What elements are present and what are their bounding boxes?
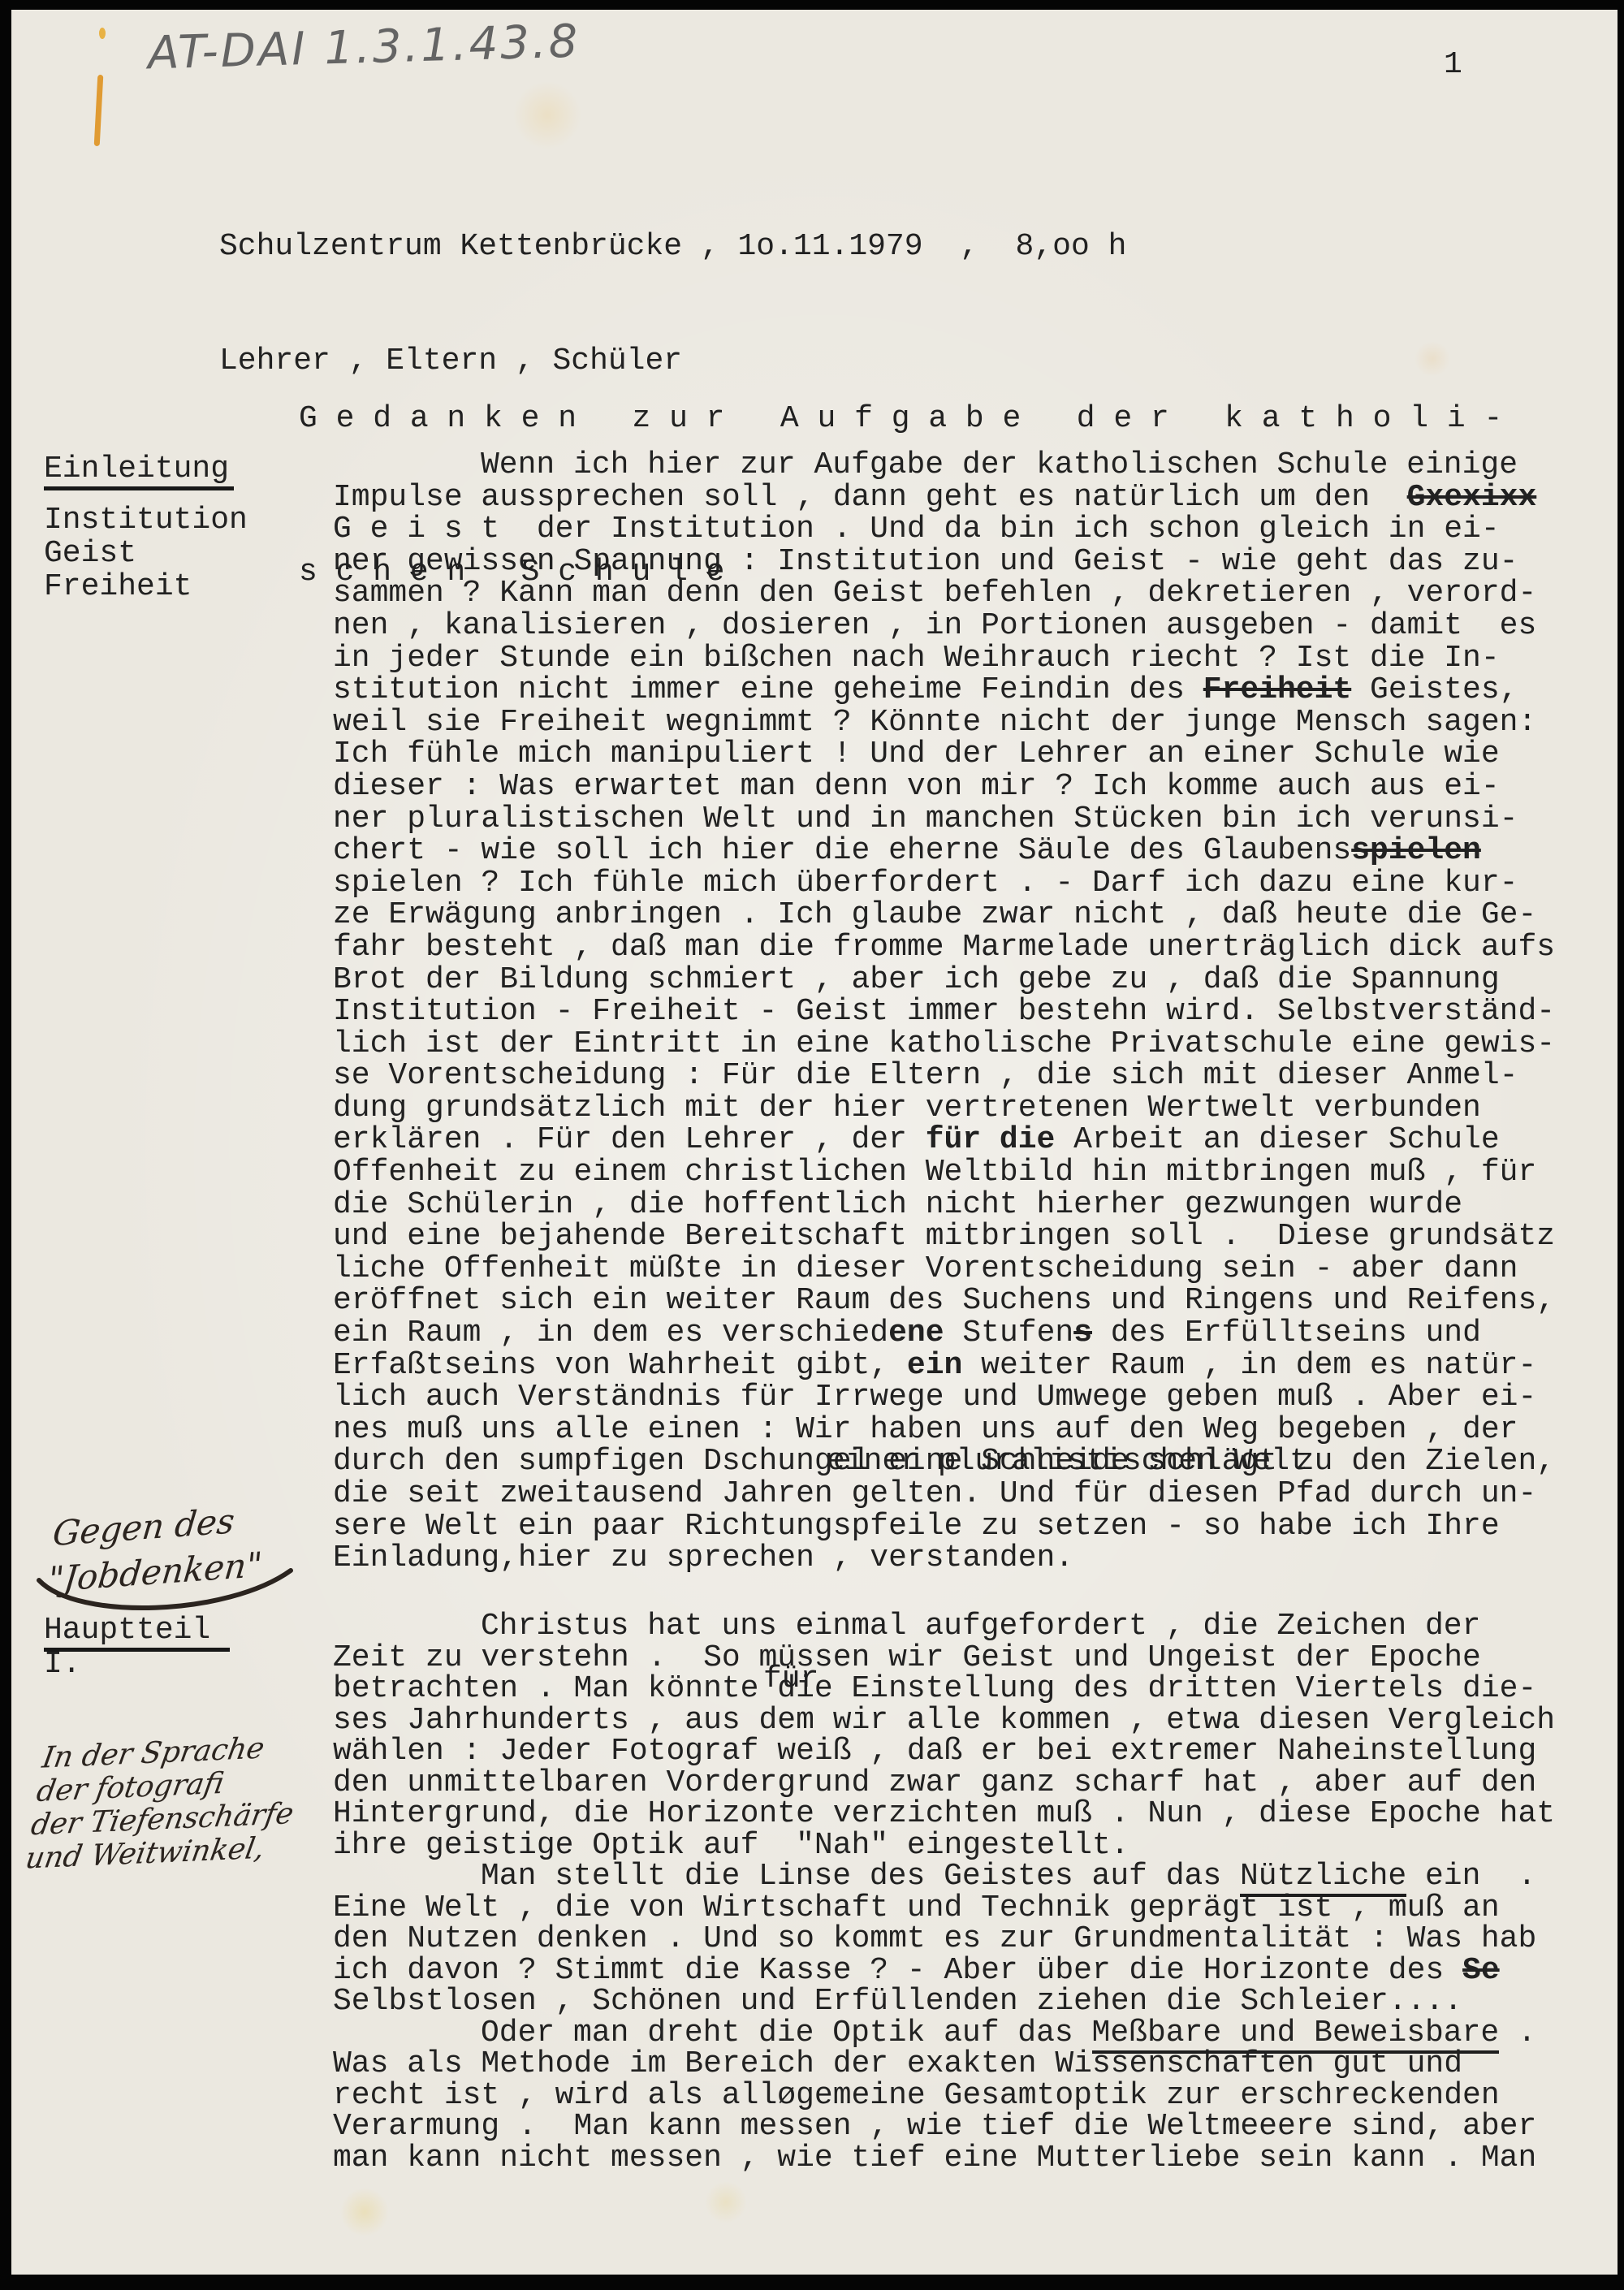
typed-text: den unmittelbaren Vordergrund zwar ganz … xyxy=(333,1765,1536,1800)
typed-text: sammen ? Kann man denn den Geist befehle… xyxy=(333,576,1536,611)
typed-text: Verarmung . Man kann messen , wie tief d… xyxy=(333,2109,1536,2144)
text-line: Verarmung . Man kann messen , wie tief d… xyxy=(333,2111,1555,2143)
typed-text: ze Erwägung anbringen . Ich glaube zwar … xyxy=(333,897,1536,932)
typed-text: ner pluralistischen Welt und in manchen … xyxy=(333,801,1518,836)
text-line: Brot der Bildung schmiert , aber ich geb… xyxy=(333,964,1555,996)
typed-text: sere Welt ein paar Richtungspfeile zu se… xyxy=(333,1509,1500,1544)
typed-text: man kann nicht messen , wie tief eine Mu… xyxy=(333,2141,1536,2175)
typed-text: betrachten . Man könnte die Einstellung … xyxy=(333,1671,1536,1706)
text-line: weil sie Freiheit wegnimmt ? Könnte nich… xyxy=(333,706,1555,739)
text-line: sammen ? Kann man denn den Geist befehle… xyxy=(333,577,1555,610)
text-line: fahr besteht , daß man die fromme Marmel… xyxy=(333,931,1555,964)
typed-text: nen , kanalisieren , dosieren , in Porti… xyxy=(333,608,1536,643)
text-line: den Nutzen denken . Und so kommt es zur … xyxy=(333,1924,1555,1955)
typed-text: Arbeit an dieser Schule xyxy=(1055,1122,1499,1157)
scan-background: AT-DAI 1.3.1.43.8 1 Schulzentrum Kettenb… xyxy=(0,0,1624,2290)
corrected-text: ein xyxy=(907,1348,962,1383)
text-line: Zeit zu verstehn . So müssen wir Geist u… xyxy=(333,1643,1555,1674)
typed-text: ner gewissen Spannung : Institution und … xyxy=(333,544,1518,579)
typed-text: und eine bejahende Bereitschaft mitbring… xyxy=(333,1219,1555,1254)
text-line: lich auch Verständnis für Irrwege und Um… xyxy=(333,1381,1555,1414)
margin-keyword: Geist xyxy=(44,537,248,570)
text-line: dieser : Was erwartet man denn von mir ?… xyxy=(333,771,1555,803)
text-line: Christus hat uns einmal aufgefordert , d… xyxy=(333,1611,1555,1643)
text-line: ich davon ? Stimmt die Kasse ? - Aber üb… xyxy=(333,1955,1555,1987)
text-line: Selbstlosen , Schönen und Erfüllenden zi… xyxy=(333,1986,1555,2018)
text-line: nen , kanalisieren , dosieren , in Porti… xyxy=(333,610,1555,642)
text-line: ze Erwägung anbringen . Ich glaube zwar … xyxy=(333,899,1555,931)
text-line: Impulse aussprechen soll , dann geht es … xyxy=(333,482,1555,514)
typed-text: ein . xyxy=(1406,1859,1536,1894)
text-line: ihre geistige Optik auf "Nah" eingestell… xyxy=(333,1830,1555,1862)
corrected-text: s xyxy=(1073,1316,1092,1350)
typed-text: fahr besteht , daß man die fromme Marmel… xyxy=(333,930,1555,965)
text-line: Was als Methode im Bereich der exakten W… xyxy=(333,2049,1555,2080)
text-line: Eine Welt , die von Wirtschaft und Techn… xyxy=(333,1893,1555,1925)
handwritten-margin-note-fotografie: In der Spracheder fotografider Tiefensch… xyxy=(23,1730,307,1875)
typed-text: Christus hat uns einmal aufgefordert , d… xyxy=(481,1609,1480,1644)
margin-section-number: I. xyxy=(44,1647,81,1682)
typed-text: Stufen xyxy=(944,1316,1074,1350)
typed-text: die Schülerin , die hoffentlich nicht hi… xyxy=(333,1187,1462,1222)
orange-pen-dot xyxy=(99,28,106,39)
typed-text: Einladung,hier zu sprechen , verstanden. xyxy=(333,1540,1073,1575)
text-line: G e i s t der Institution . Und da bin i… xyxy=(333,513,1555,546)
margin-keyword: Institution xyxy=(44,503,248,537)
typed-text: in jeder Stunde ein bißchen nach Weihrau… xyxy=(333,641,1500,676)
typed-insertion: für xyxy=(763,1666,818,1693)
typed-text: eröffnet sich ein weiter Raum des Suchen… xyxy=(333,1283,1555,1318)
text-line: Wenn ich hier zur Aufgabe der katholisch… xyxy=(333,449,1555,482)
typed-text: den Nutzen denken . Und so kommt es zur … xyxy=(333,1921,1536,1956)
typed-text: dung grundsätzlich mit der hier vertrete… xyxy=(333,1091,1481,1126)
typed-text: Offenheit zu einem christlichen Weltbild… xyxy=(333,1155,1536,1190)
corrected-text: Gxexixx xyxy=(1407,480,1537,515)
text-line: betrachten . Man könnte die Einstellung … xyxy=(333,1674,1555,1705)
page-number: 1 xyxy=(1444,47,1462,83)
corrected-text: Se xyxy=(1462,1953,1500,1988)
text-line: Einladung,hier zu sprechen , verstanden. xyxy=(333,1542,1555,1575)
typed-text: ses Jahrhunderts , aus dem wir alle komm… xyxy=(333,1703,1555,1738)
text-line: liche Offenheit müßte in dieser Vorentsc… xyxy=(333,1253,1555,1285)
typed-text: Institution - Freiheit - Geist immer bes… xyxy=(333,994,1555,1029)
text-line: ner gewissen Spannung : Institution und … xyxy=(333,546,1555,578)
body-paragraph-1: Wenn ich hier zur Aufgabe der katholisch… xyxy=(333,449,1555,1575)
text-line: nes muß uns alle einen : Wir haben uns a… xyxy=(333,1414,1555,1446)
typed-text: Ich fühle mich manipuliert ! Und der Leh… xyxy=(333,737,1500,771)
typed-text: lich auch Verständnis für Irrwege und Um… xyxy=(333,1380,1536,1415)
header-line-1: Schulzentrum Kettenbrücke , 1o.11.1979 ,… xyxy=(219,227,1126,266)
typed-text: . xyxy=(1499,2016,1536,2050)
typed-text: liche Offenheit müßte in dieser Vorentsc… xyxy=(333,1251,1518,1286)
typed-text: stitution nicht immer eine geheime Feind… xyxy=(333,672,1203,707)
text-line: ner pluralistischen Welt und in manchen … xyxy=(333,803,1555,836)
typed-text: Impulse aussprechen soll , dann geht es … xyxy=(333,480,1407,515)
text-line: sere Welt ein paar Richtungspfeile zu se… xyxy=(333,1510,1555,1543)
margin-keywords: InstitutionGeistFreiheit xyxy=(44,503,248,603)
corrected-text: Freiheit xyxy=(1203,672,1351,707)
typed-text: Erfaßtseins von Wahrheit gibt, xyxy=(333,1348,907,1383)
title-line-1: G e d a n k e n z u r A u f g a b e d e … xyxy=(299,393,1502,444)
text-line: eröffnet sich ein weiter Raum des Suchen… xyxy=(333,1285,1555,1317)
typed-text: spielen ? Ich fühle mich überfordert . -… xyxy=(333,866,1518,901)
text-line: Erfaßtseins von Wahrheit gibt, ein weite… xyxy=(333,1350,1555,1382)
typed-text: Man stellt die Linse des Geistes auf das xyxy=(481,1859,1240,1894)
typed-text: G e i s t der Institution . Und da bin i… xyxy=(333,512,1500,547)
corrected-text: für die xyxy=(926,1122,1056,1157)
typed-text: weil sie Freiheit wegnimmt ? Könnte nich… xyxy=(333,705,1536,740)
body-paragraph-2: Christus hat uns einmal aufgefordert , d… xyxy=(333,1611,1555,2174)
text-line: man kann nicht messen , wie tief eine Mu… xyxy=(333,2143,1555,2175)
typed-insertion: einer pluralistischen Welt xyxy=(827,1448,1308,1476)
corrected-text: ene xyxy=(888,1316,944,1350)
typed-text: Zeit zu verstehn . So müssen wir Geist u… xyxy=(333,1640,1481,1675)
text-line: den unmittelbaren Vordergrund zwar ganz … xyxy=(333,1768,1555,1800)
text-line: spielen ? Ich fühle mich überfordert . -… xyxy=(333,867,1555,900)
text-line: ein Raum , in dem es verschiedene Stufen… xyxy=(333,1317,1555,1350)
margin-section-label-einleitung: Einleitung xyxy=(44,452,234,490)
text-line: se Vorentscheidung : Für die Eltern , di… xyxy=(333,1060,1555,1092)
typed-text: Brot der Bildung schmiert , aber ich geb… xyxy=(333,962,1500,997)
text-line: recht ist , wird als alløgemeine Gesamto… xyxy=(333,2080,1555,2112)
typed-text: nes muß uns alle einen : Wir haben uns a… xyxy=(333,1412,1518,1447)
text-line: die seit zweitausend Jahren gelten. Und … xyxy=(333,1478,1555,1510)
text-line: Man stellt die Linse des Geistes auf das… xyxy=(333,1861,1555,1893)
typed-text: Eine Welt , die von Wirtschaft und Techn… xyxy=(333,1890,1500,1925)
text-line: Offenheit zu einem christlichen Weltbild… xyxy=(333,1156,1555,1189)
typed-text: Wenn ich hier zur Aufgabe der katholisch… xyxy=(481,447,1518,482)
typed-text: se Vorentscheidung : Für die Eltern , di… xyxy=(333,1058,1518,1093)
typed-text: Was als Methode im Bereich der exakten W… xyxy=(333,2046,1462,2081)
text-line: Ich fühle mich manipuliert ! Und der Leh… xyxy=(333,738,1555,771)
corrected-text: spielen xyxy=(1351,833,1481,868)
typed-text: Selbstlosen , Schönen und Erfüllenden zi… xyxy=(333,1984,1462,2019)
typed-text: ihre geistige Optik auf "Nah" eingestell… xyxy=(333,1828,1129,1863)
typed-text: Oder man dreht die Optik auf das xyxy=(481,2016,1092,2050)
text-line: dung grundsätzlich mit der hier vertrete… xyxy=(333,1092,1555,1125)
text-line: ses Jahrhunderts , aus dem wir alle komm… xyxy=(333,1705,1555,1737)
text-line: und eine bejahende Bereitschaft mitbring… xyxy=(333,1221,1555,1253)
typed-text: weiter Raum , in dem es natür- xyxy=(962,1348,1536,1383)
typed-text: ein Raum , in dem es verschied xyxy=(333,1316,888,1350)
typed-text: Geistes, xyxy=(1351,672,1518,707)
text-line: wählen : Jeder Fotograf weiß , daß er be… xyxy=(333,1736,1555,1768)
typed-text: lich ist der Eintritt in eine katholisch… xyxy=(333,1026,1555,1061)
text-line: Oder man dreht die Optik auf das Meßbare… xyxy=(333,2018,1555,2050)
text-line: chert - wie soll ich hier die eherne Säu… xyxy=(333,835,1555,867)
text-line: in jeder Stunde ein bißchen nach Weihrau… xyxy=(333,642,1555,675)
typed-text: dieser : Was erwartet man denn von mir ?… xyxy=(333,769,1500,804)
typed-text: Hintergrund, die Horizonte verzichten mu… xyxy=(333,1796,1555,1831)
typed-text: wählen : Jeder Fotograf weiß , daß er be… xyxy=(333,1734,1536,1769)
typed-text: erklären . Für den Lehrer , der xyxy=(333,1122,926,1157)
text-line: erklären . Für den Lehrer , der für die … xyxy=(333,1124,1555,1156)
handwritten-flourish xyxy=(32,1566,300,1622)
text-line: stitution nicht immer eine geheime Feind… xyxy=(333,674,1555,706)
margin-keyword: Freiheit xyxy=(44,570,248,603)
text-line: lich ist der Eintritt in eine katholisch… xyxy=(333,1028,1555,1061)
typed-text: des Erfülltseins und xyxy=(1092,1316,1481,1350)
text-line: Hintergrund, die Horizonte verzichten mu… xyxy=(333,1799,1555,1830)
text-line: Institution - Freiheit - Geist immer bes… xyxy=(333,996,1555,1028)
typed-text: recht ist , wird als alløgemeine Gesamto… xyxy=(333,2078,1500,2113)
text-line: die Schülerin , die hoffentlich nicht hi… xyxy=(333,1189,1555,1221)
typed-text: ich davon ? Stimmt die Kasse ? - Aber üb… xyxy=(333,1953,1462,1988)
typed-text: die seit zweitausend Jahren gelten. Und … xyxy=(333,1476,1536,1511)
typed-text: chert - wie soll ich hier die eherne Säu… xyxy=(333,833,1351,868)
